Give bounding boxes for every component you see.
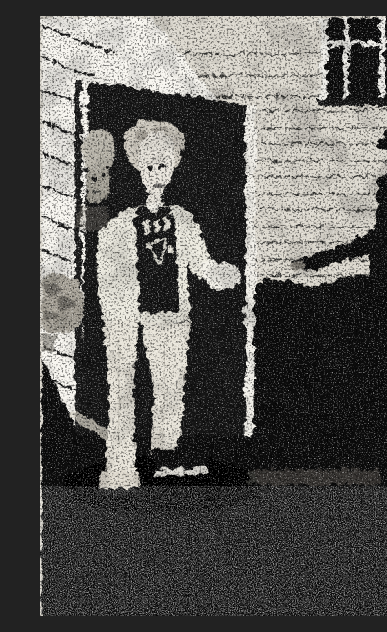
photo-canvas [40, 16, 387, 616]
asphalt-speckle-overlay [40, 486, 387, 616]
photograph [40, 16, 387, 616]
